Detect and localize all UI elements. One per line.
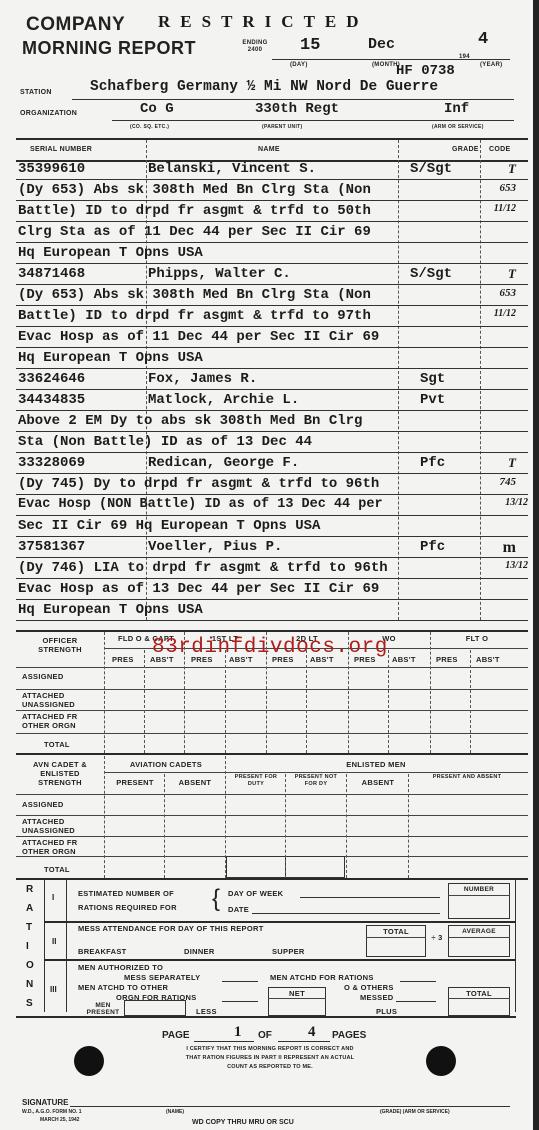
watermark-text: 83rdinfdivdocs.org — [152, 636, 388, 659]
supper-label: SUPPER — [272, 947, 305, 956]
remark-text: Evac Hosp as of 11 Dec 44 per Sec II Cir… — [18, 329, 379, 345]
column-header-serial: SERIAL NUMBER — [30, 146, 92, 153]
entry-row: 34871468 Phipps, Walter C. S/Sgt T — [16, 266, 528, 286]
col-present: PRESENT — [106, 778, 164, 787]
serial-number: 33328069 — [18, 455, 85, 471]
remark-row: (Dy 653) Abs sk 308th Med Bn Clrg Sta (N… — [16, 182, 528, 202]
entry-row: 33624646 Fox, James R. Sgt — [16, 371, 528, 391]
remark-text: Hq European T Opns USA — [18, 602, 203, 618]
soldier-name: Redican, George F. — [148, 455, 299, 471]
remark-row: Battle) ID to drpd fr asgmt & trfd to 97… — [16, 308, 528, 328]
station-label: STATION — [20, 89, 52, 96]
grade: S/Sgt — [410, 266, 452, 282]
col-present-and-absent: PRESENT AND ABSENT — [412, 774, 522, 781]
remark-row: Sta (Non Battle) ID as of 13 Dec 44 — [16, 434, 528, 454]
o-others-line2: MESSED — [360, 993, 393, 1002]
remark-row: Hq European T Opns USA — [16, 350, 528, 370]
col-present-for-duty: PRESENT FOR DUTY — [228, 774, 284, 788]
dinner-label: DINNER — [184, 947, 215, 956]
serial-number: 34434835 — [18, 392, 85, 408]
classification-stamp: RESTRICTED — [158, 12, 369, 32]
remark-row: Evac Hosp as of 13 Dec 44 per Sec II Cir… — [16, 581, 528, 601]
subhead-abst: ABS'T — [476, 655, 500, 664]
subhead-pres: PRES — [112, 655, 134, 664]
remark-row: Evac Hosp (NON Battle) ID as of 13 Dec 4… — [16, 497, 528, 517]
code: T — [508, 455, 516, 471]
mess-attendance-title: MESS ATTENDANCE FOR DAY OF THIS REPORT — [78, 924, 264, 933]
rations-letter: S — [26, 998, 33, 1009]
code: 745 — [500, 476, 517, 488]
punch-hole-right — [426, 1046, 456, 1076]
column-header-code: CODE — [489, 146, 510, 153]
officer-row-assigned: ASSIGNED — [22, 672, 64, 681]
remark-text: Evac Hosp (NON Battle) ID as of 13 Dec 4… — [18, 497, 383, 512]
remark-text: Above 2 EM Dy to abs sk 308th Med Bn Clr… — [18, 413, 362, 429]
breakfast-label: BREAKFAST — [78, 947, 127, 956]
enlisted-row-attached-unassigned: ATTACHED UNASSIGNED — [22, 817, 92, 835]
regiment-caption: (PARENT UNIT) — [262, 124, 302, 130]
column-header-name: NAME — [258, 146, 280, 153]
serial-number: 35399610 — [18, 161, 85, 177]
remark-row: (Dy 746) LIA to drpd fr asgmt & trfd to … — [16, 560, 528, 580]
remark-text: Sta (Non Battle) ID as of 13 Dec 44 — [18, 434, 312, 450]
section-iii-numeral: III — [50, 985, 57, 994]
men-present-box — [124, 1000, 186, 1016]
plus-label: PLUS — [376, 1007, 397, 1016]
soldier-name: Fox, James R. — [148, 371, 257, 387]
column-header-grade: GRADE — [452, 146, 479, 153]
remark-row: Above 2 EM Dy to abs sk 308th Med Bn Clr… — [16, 413, 528, 433]
company-caption: (CO. SQ. ETC.) — [130, 124, 169, 130]
map-reference: HF 0738 — [396, 63, 455, 79]
less-label: LESS — [196, 1007, 217, 1016]
total-box-label: TOTAL — [366, 927, 426, 936]
grade: Pfc — [420, 455, 445, 471]
total-pages: 4 — [308, 1024, 316, 1041]
remark-text: Evac Hosp as of 13 Dec 44 per Sec II Cir… — [18, 581, 379, 597]
brace-icon: { — [212, 884, 220, 914]
form-title-morning-report: MORNING REPORT — [22, 38, 196, 59]
number-box-label: NUMBER — [448, 885, 510, 894]
average-box-label: AVERAGE — [448, 927, 510, 936]
divide-by-three: ÷ 3 — [428, 933, 446, 942]
estimated-rations-line2: RATIONS REQUIRED FOR — [78, 903, 177, 912]
remark-text: Battle) ID to drpd fr asgmt & trfd to 50… — [18, 203, 371, 219]
grade: Pfc — [420, 539, 445, 555]
remark-text: (Dy 653) Abs sk 308th Med Bn Clrg Sta (N… — [18, 182, 371, 198]
regiment-value: 330th Regt — [255, 101, 339, 117]
grade-caption: (GRADE) (ARM OR SERVICE) — [380, 1109, 450, 1115]
entry-row: 35399610 Belanski, Vincent S. S/Sgt T — [16, 161, 528, 181]
grade: Pvt — [420, 392, 445, 408]
net-box-label: NET — [268, 989, 326, 998]
enlisted-row-total: TOTAL — [44, 865, 70, 874]
remark-row: Sec II Cir 69 Hq European T Opns USA — [16, 518, 528, 538]
punch-hole-left — [74, 1046, 104, 1076]
estimated-rations-line1: ESTIMATED NUMBER OF — [78, 889, 174, 898]
page-number: 1 — [234, 1024, 242, 1041]
men-authorized-line2: MESS SEPARATELY — [124, 973, 200, 982]
grade: Sgt — [420, 371, 445, 387]
soldier-name: Phipps, Walter C. — [148, 266, 291, 282]
form-title-company: COMPANY — [26, 14, 125, 36]
remark-text: (Dy 745) Dy to drpd fr asgmt & trfd to 9… — [18, 476, 379, 492]
officer-row-attached-fr-other: ATTACHED FR OTHER ORGN — [22, 712, 94, 730]
serial-number: 33624646 — [18, 371, 85, 387]
form-number-line2: MARCH 25, 1942 — [40, 1117, 79, 1123]
rations-letter: O — [26, 960, 34, 971]
remark-text: Clrg Sta as of 11 Dec 44 per Sec II Cir … — [18, 224, 371, 240]
total-box-section3-label: TOTAL — [448, 989, 510, 998]
soldier-name: Voeller, Pius P. — [148, 539, 282, 555]
officer-strength-title: OFFICER STRENGTH — [20, 636, 100, 654]
col-absent: ABSENT — [166, 778, 224, 787]
certification-line2: THAT RATION FIGURES IN PART II REPRESENT… — [140, 1055, 400, 1061]
section-ii-numeral: II — [52, 937, 56, 946]
enlisted-row-assigned: ASSIGNED — [22, 800, 64, 809]
soldier-name: Belanski, Vincent S. — [148, 161, 316, 177]
copy-note: WD COPY THRU MRU OR SCU — [192, 1119, 294, 1126]
code: m — [503, 539, 516, 557]
day-of-week-label: DAY OF WEEK — [228, 889, 283, 898]
remark-row: Clrg Sta as of 11 Dec 44 per Sec II Cir … — [16, 224, 528, 244]
grade: S/Sgt — [410, 161, 452, 177]
organization-label: ORGANIZATION — [20, 110, 77, 117]
remark-row: Evac Hosp as of 11 Dec 44 per Sec II Cir… — [16, 329, 528, 349]
page-label: PAGE — [162, 1030, 190, 1041]
men-present-label: MEN PRESENT — [80, 1002, 126, 1016]
code: 13/12 — [505, 560, 528, 571]
officer-row-total: TOTAL — [44, 740, 70, 749]
code: 653 — [500, 182, 517, 194]
rations-letter: I — [26, 941, 29, 952]
men-authorized-line1: MEN AUTHORIZED TO — [78, 963, 163, 972]
code: 13/12 — [505, 497, 528, 508]
rations-letter: T — [26, 922, 32, 933]
remark-text: (Dy 653) Abs sk 308th Med Bn Clrg Sta (N… — [18, 287, 371, 303]
remark-row: (Dy 653) Abs sk 308th Med Bn Clrg Sta (N… — [16, 287, 528, 307]
subhead-abst: ABS'T — [392, 655, 416, 664]
serial-number: 37581367 — [18, 539, 85, 555]
code: 653 — [500, 287, 517, 299]
remark-text: Battle) ID to drpd fr asgmt & trfd to 97… — [18, 308, 371, 324]
entry-row: 34434835 Matlock, Archie L. Pvt — [16, 392, 528, 412]
station-value: Schafberg Germany ½ Mi NW Nord De Guerre — [90, 79, 438, 95]
morning-report-document: COMPANY RESTRICTED MORNING REPORT ENDING… — [0, 0, 539, 1130]
signature-label: SIGNATURE — [22, 1098, 69, 1107]
section-i-numeral: I — [52, 893, 54, 902]
certification-line3: COUNT AS REPORTED TO ME. — [140, 1064, 400, 1070]
report-day: 15 — [300, 36, 320, 55]
code: T — [508, 161, 516, 177]
report-year: 4 — [478, 30, 488, 49]
form-number-line1: W.D., A.G.O. FORM NO. 1 — [22, 1109, 82, 1115]
day-caption: (DAY) — [290, 62, 308, 68]
subhead-pres: PRES — [436, 655, 458, 664]
branch-value: Inf — [444, 101, 469, 117]
remark-row: Hq European T Opns USA — [16, 245, 528, 265]
col-present-not-for-duty: PRESENT NOT FOR DY — [288, 774, 344, 788]
remark-row: (Dy 745) Dy to drpd fr asgmt & trfd to 9… — [16, 476, 528, 496]
col-absent-enlisted: ABSENT — [348, 778, 408, 787]
date-label: DATE — [228, 905, 249, 914]
enlisted-row-attached-fr-other: ATTACHED FR OTHER ORGN — [22, 838, 94, 856]
enlisted-strength-title: AVN CADET & ENLISTED STRENGTH — [20, 760, 100, 787]
officer-group-flt-o: FLT O — [432, 634, 522, 643]
rations-letter: N — [26, 979, 33, 990]
o-others-line1: O & OTHERS — [344, 983, 394, 992]
code: 11/12 — [494, 203, 516, 214]
branch-caption: (ARM OR SERVICE) — [432, 124, 484, 130]
serial-number: 34871468 — [18, 266, 85, 282]
entry-row: 37581367 Voeller, Pius P. Pfc m — [16, 539, 528, 559]
remark-text: (Dy 746) LIA to drpd fr asgmt & trfd to … — [18, 560, 388, 576]
name-caption: (NAME) — [166, 1109, 184, 1115]
signature-line — [70, 1106, 510, 1107]
remark-row: Hq European T Opns USA — [16, 602, 528, 622]
officer-row-attached-unassigned: ATTACHED UNASSIGNED — [22, 691, 92, 709]
company-value: Co G — [140, 101, 174, 117]
aviation-cadets-group: AVIATION CADETS — [106, 760, 226, 769]
remark-text: Hq European T Opns USA — [18, 350, 203, 366]
pages-label: PAGES — [332, 1030, 366, 1041]
code: 11/12 — [494, 308, 516, 319]
soldier-name: Matlock, Archie L. — [148, 392, 299, 408]
report-month: Dec — [368, 36, 395, 53]
year-caption: (YEAR) — [480, 62, 502, 68]
remark-row: Battle) ID to drpd fr asgmt & trfd to 50… — [16, 203, 528, 223]
of-label: OF — [258, 1030, 272, 1041]
entry-row: 33328069 Redican, George F. Pfc T — [16, 455, 528, 475]
men-atchd-for-rations-label: MEN ATCHD FOR RATIONS — [270, 973, 374, 982]
remark-text: Hq European T Opns USA — [18, 245, 203, 261]
code: T — [508, 266, 516, 282]
ending-label: ENDING 2400 — [240, 40, 270, 54]
rations-letter: A — [26, 903, 33, 914]
remark-text: Sec II Cir 69 Hq European T Opns USA — [18, 518, 320, 534]
enlisted-men-group: ENLISTED MEN — [226, 760, 526, 769]
certification-line1: I CERTIFY THAT THIS MORNING REPORT IS CO… — [140, 1046, 400, 1052]
men-atchd-other-line1: MEN ATCHD TO OTHER — [78, 983, 168, 992]
rations-letter: R — [26, 884, 33, 895]
